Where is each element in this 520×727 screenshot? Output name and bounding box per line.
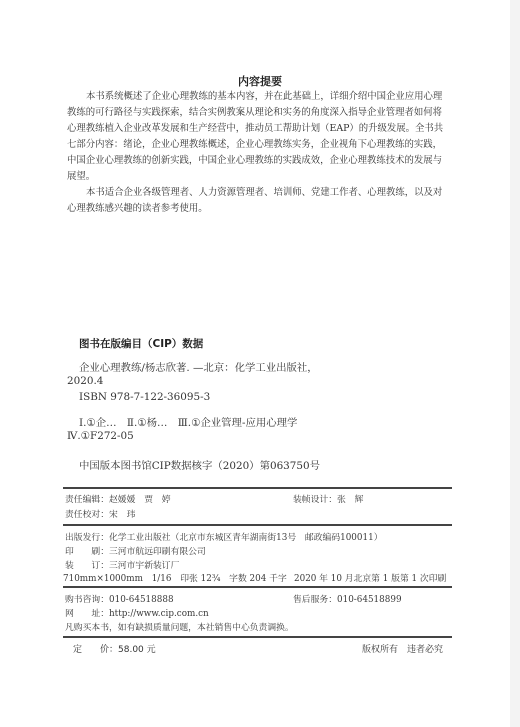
abstract-line: 本书系统概述了企业心理教练的基本内容，并在此基础上，详细介绍中国企业应用心理 bbox=[67, 89, 457, 105]
printer-label: 印 刷： bbox=[65, 547, 109, 557]
cip-line-2: 2020.4 bbox=[67, 375, 103, 387]
abstract-line: 教练的可行路径与实践探索，结合实例教案从理论和实务的角度深入指导企业管理者如何将 bbox=[67, 105, 457, 121]
website-label: 网 址： bbox=[65, 609, 109, 619]
designer-label: 装帧设计： bbox=[293, 495, 337, 505]
printer-value: 三河市航远印刷有限公司 bbox=[109, 547, 206, 557]
edition-line: 2020 年 10 月北京第 1 版第 1 次印刷 bbox=[294, 571, 446, 584]
abstract-paragraph-1: 本书系统概述了企业心理教练的基本内容，并在此基础上，详细介绍中国企业应用心理 教… bbox=[67, 89, 457, 185]
purchase-contact: 购书咨询：010-64518888 bbox=[65, 592, 174, 605]
divider bbox=[63, 487, 452, 489]
abstract-line: 本书适合企业各级管理者、人力资源管理者、培训师、党建工作者、心理教练，以及对 bbox=[67, 185, 457, 201]
website-url: http://www.cip.com.cn bbox=[109, 609, 209, 619]
abstract-title: 内容提要 bbox=[0, 73, 520, 89]
price-label: 定 价： bbox=[73, 645, 118, 655]
proofreader-credit: 责任校对：宋 玮 bbox=[65, 507, 135, 520]
price-value: 58.00 元 bbox=[118, 645, 156, 655]
abstract-line: 心理教练植入企业改革发展和生产经营中，推动员工帮助计划（EAP）的升级发展。全书… bbox=[67, 121, 457, 137]
publisher-label: 出版发行： bbox=[65, 533, 109, 543]
cip-isbn: ISBN 978-7-122-36095-3 bbox=[79, 391, 210, 403]
editor-label: 责任编辑： bbox=[65, 495, 109, 505]
abstract-line: 七部分内容：绪论，企业心理教练概述，企业心理教练实务，企业视角下心理教练的实践， bbox=[67, 137, 457, 153]
cip-classification-1: Ⅰ.①企… Ⅱ.①杨… Ⅲ.①企业管理-应用心理学 bbox=[79, 414, 297, 429]
proofreader-label: 责任校对： bbox=[65, 510, 109, 520]
publisher-value: 化学工业出版社（北京市东城区青年湖南街13号 邮政编码100011） bbox=[109, 533, 383, 543]
designer-credit: 装帧设计：张 辉 bbox=[293, 492, 363, 505]
service-contact: 售后服务：010-64518899 bbox=[293, 592, 402, 605]
service-label: 售后服务： bbox=[293, 595, 337, 605]
binding-value: 三河市宇新装订厂 bbox=[109, 561, 179, 571]
page-edge-strip bbox=[510, 0, 520, 727]
service-phone: 010-64518899 bbox=[337, 595, 402, 605]
abstract-line: 心理教练感兴趣的读者参考使用。 bbox=[67, 201, 457, 217]
website-line: 网 址：http://www.cip.com.cn bbox=[65, 606, 209, 619]
abstract-line: 中国企业心理教练的创新实践，中国企业心理教练的实践成效，企业心理教练技术的发展与 bbox=[67, 153, 457, 169]
cip-line-1: 企业心理教练/杨志欣著. —北京：化学工业出版社， bbox=[79, 359, 318, 374]
divider bbox=[63, 586, 452, 588]
abstract-paragraph-2: 本书适合企业各级管理者、人力资源管理者、培训师、党建工作者、心理教练，以及对 心… bbox=[67, 185, 457, 217]
cip-title: 图书在版编目（CIP）数据 bbox=[79, 336, 203, 351]
binding-label: 装 订： bbox=[65, 561, 109, 571]
copyright-notice: 版权所有 违者必究 bbox=[362, 642, 443, 655]
spec-line: 710mm×1000mm 1/16 印张 12¾ 字数 204 千字 bbox=[63, 571, 287, 584]
designer-value: 张 辉 bbox=[337, 495, 363, 505]
return-notice: 凡购买本书，如有缺损质量问题，本社销售中心负责调换。 bbox=[65, 620, 294, 633]
cip-classification-2: Ⅳ.①F272-05 bbox=[67, 430, 134, 442]
proofreader-value: 宋 玮 bbox=[109, 510, 135, 520]
price: 定 价：58.00 元 bbox=[73, 642, 156, 655]
divider bbox=[63, 524, 452, 526]
printer-line: 印 刷：三河市航远印刷有限公司 bbox=[65, 544, 206, 557]
binding-line: 装 订：三河市宇新装订厂 bbox=[65, 558, 179, 571]
editor-credit: 责任编辑：赵媛媛 贾 婷 bbox=[65, 492, 171, 505]
purchase-label: 购书咨询： bbox=[65, 595, 109, 605]
abstract-line: 展望。 bbox=[67, 169, 457, 185]
editor-value: 赵媛媛 贾 婷 bbox=[109, 495, 171, 505]
divider bbox=[63, 636, 452, 638]
publisher-line: 出版发行：化学工业出版社（北京市东城区青年湖南街13号 邮政编码100011） bbox=[65, 530, 383, 543]
cip-record: 中国版本图书馆CIP数据核字（2020）第063750号 bbox=[79, 457, 320, 472]
purchase-phone: 010-64518888 bbox=[109, 595, 174, 605]
